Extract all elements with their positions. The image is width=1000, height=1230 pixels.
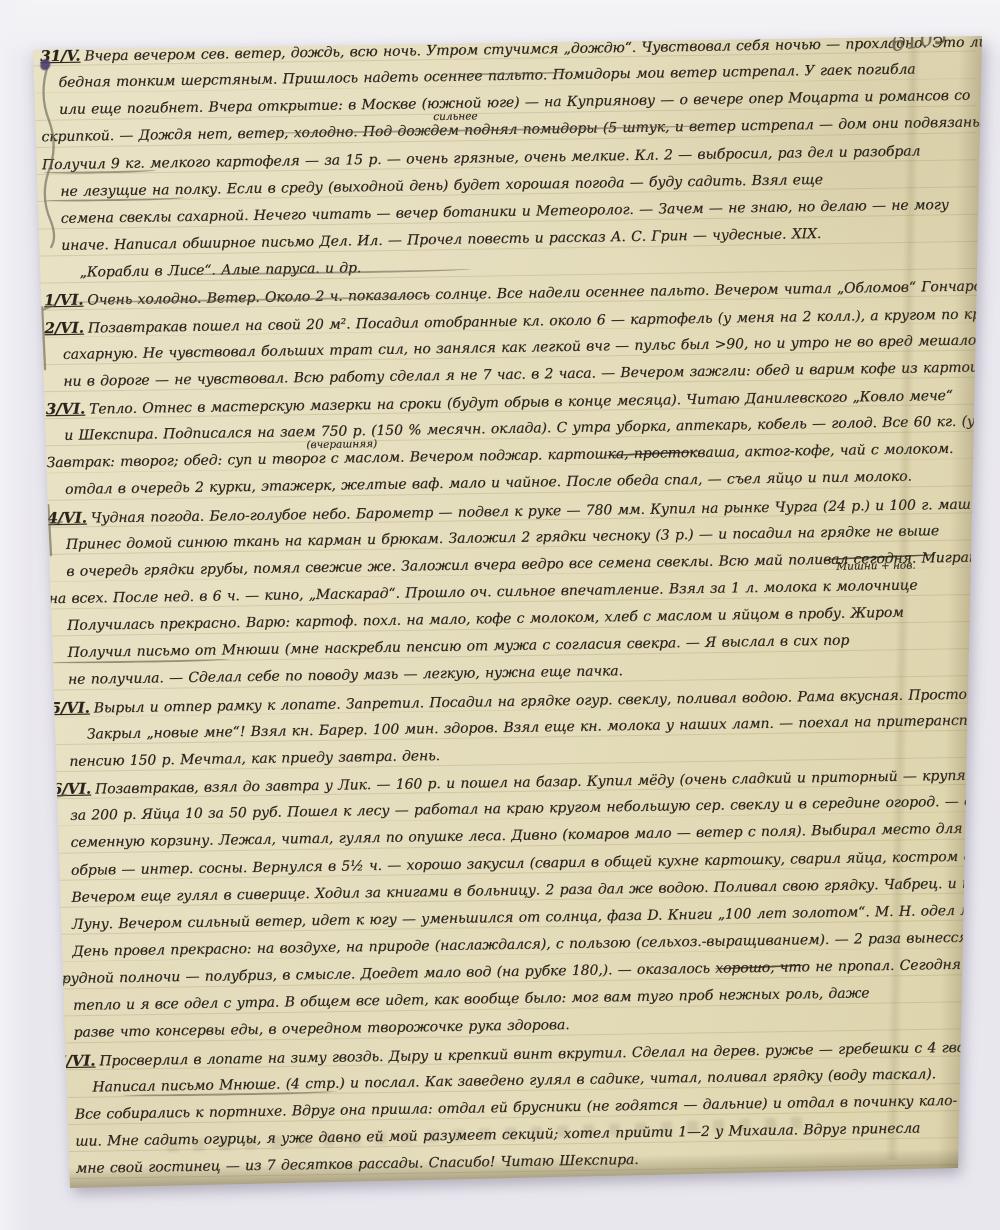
interline-insertion: (вчерашняя) [306, 438, 377, 451]
margin-bracket-6vi [41, 767, 66, 847]
margin-cross-7vi [47, 969, 68, 1003]
pencil-marks-layer [0, 0, 999, 8]
margin-tick-1 [34, 305, 55, 369]
scan-background: { "page": { "number": "6105", "lines": [… [0, 0, 1000, 1230]
paperclip-squiggle [43, 67, 55, 247]
paper-sheet: 31/V.Вчера вечером сев. ветер, дождь, вс… [0, 0, 1000, 1230]
margin-bracket-7vi [47, 1009, 63, 1137]
page-content: 31/V.Вчера вечером сев. ветер, дождь, вс… [0, 0, 1000, 1230]
margin-tick-2 [37, 505, 62, 555]
diary-page: 31/V.Вчера вечером сев. ветер, дождь, вс… [0, 0, 1000, 1230]
scanner-bed: 31/V.Вчера вечером сев. ветер, дождь, вс… [0, 0, 1000, 1230]
handwriting-layer: 31/V.Вчера вечером сев. ветер, дождь, вс… [0, 0, 999, 8]
interline-insertion: сильнее [433, 110, 478, 123]
margin-pencil-marks [0, 6, 138, 1208]
interline-insertion: ветер [600, 26, 635, 39]
